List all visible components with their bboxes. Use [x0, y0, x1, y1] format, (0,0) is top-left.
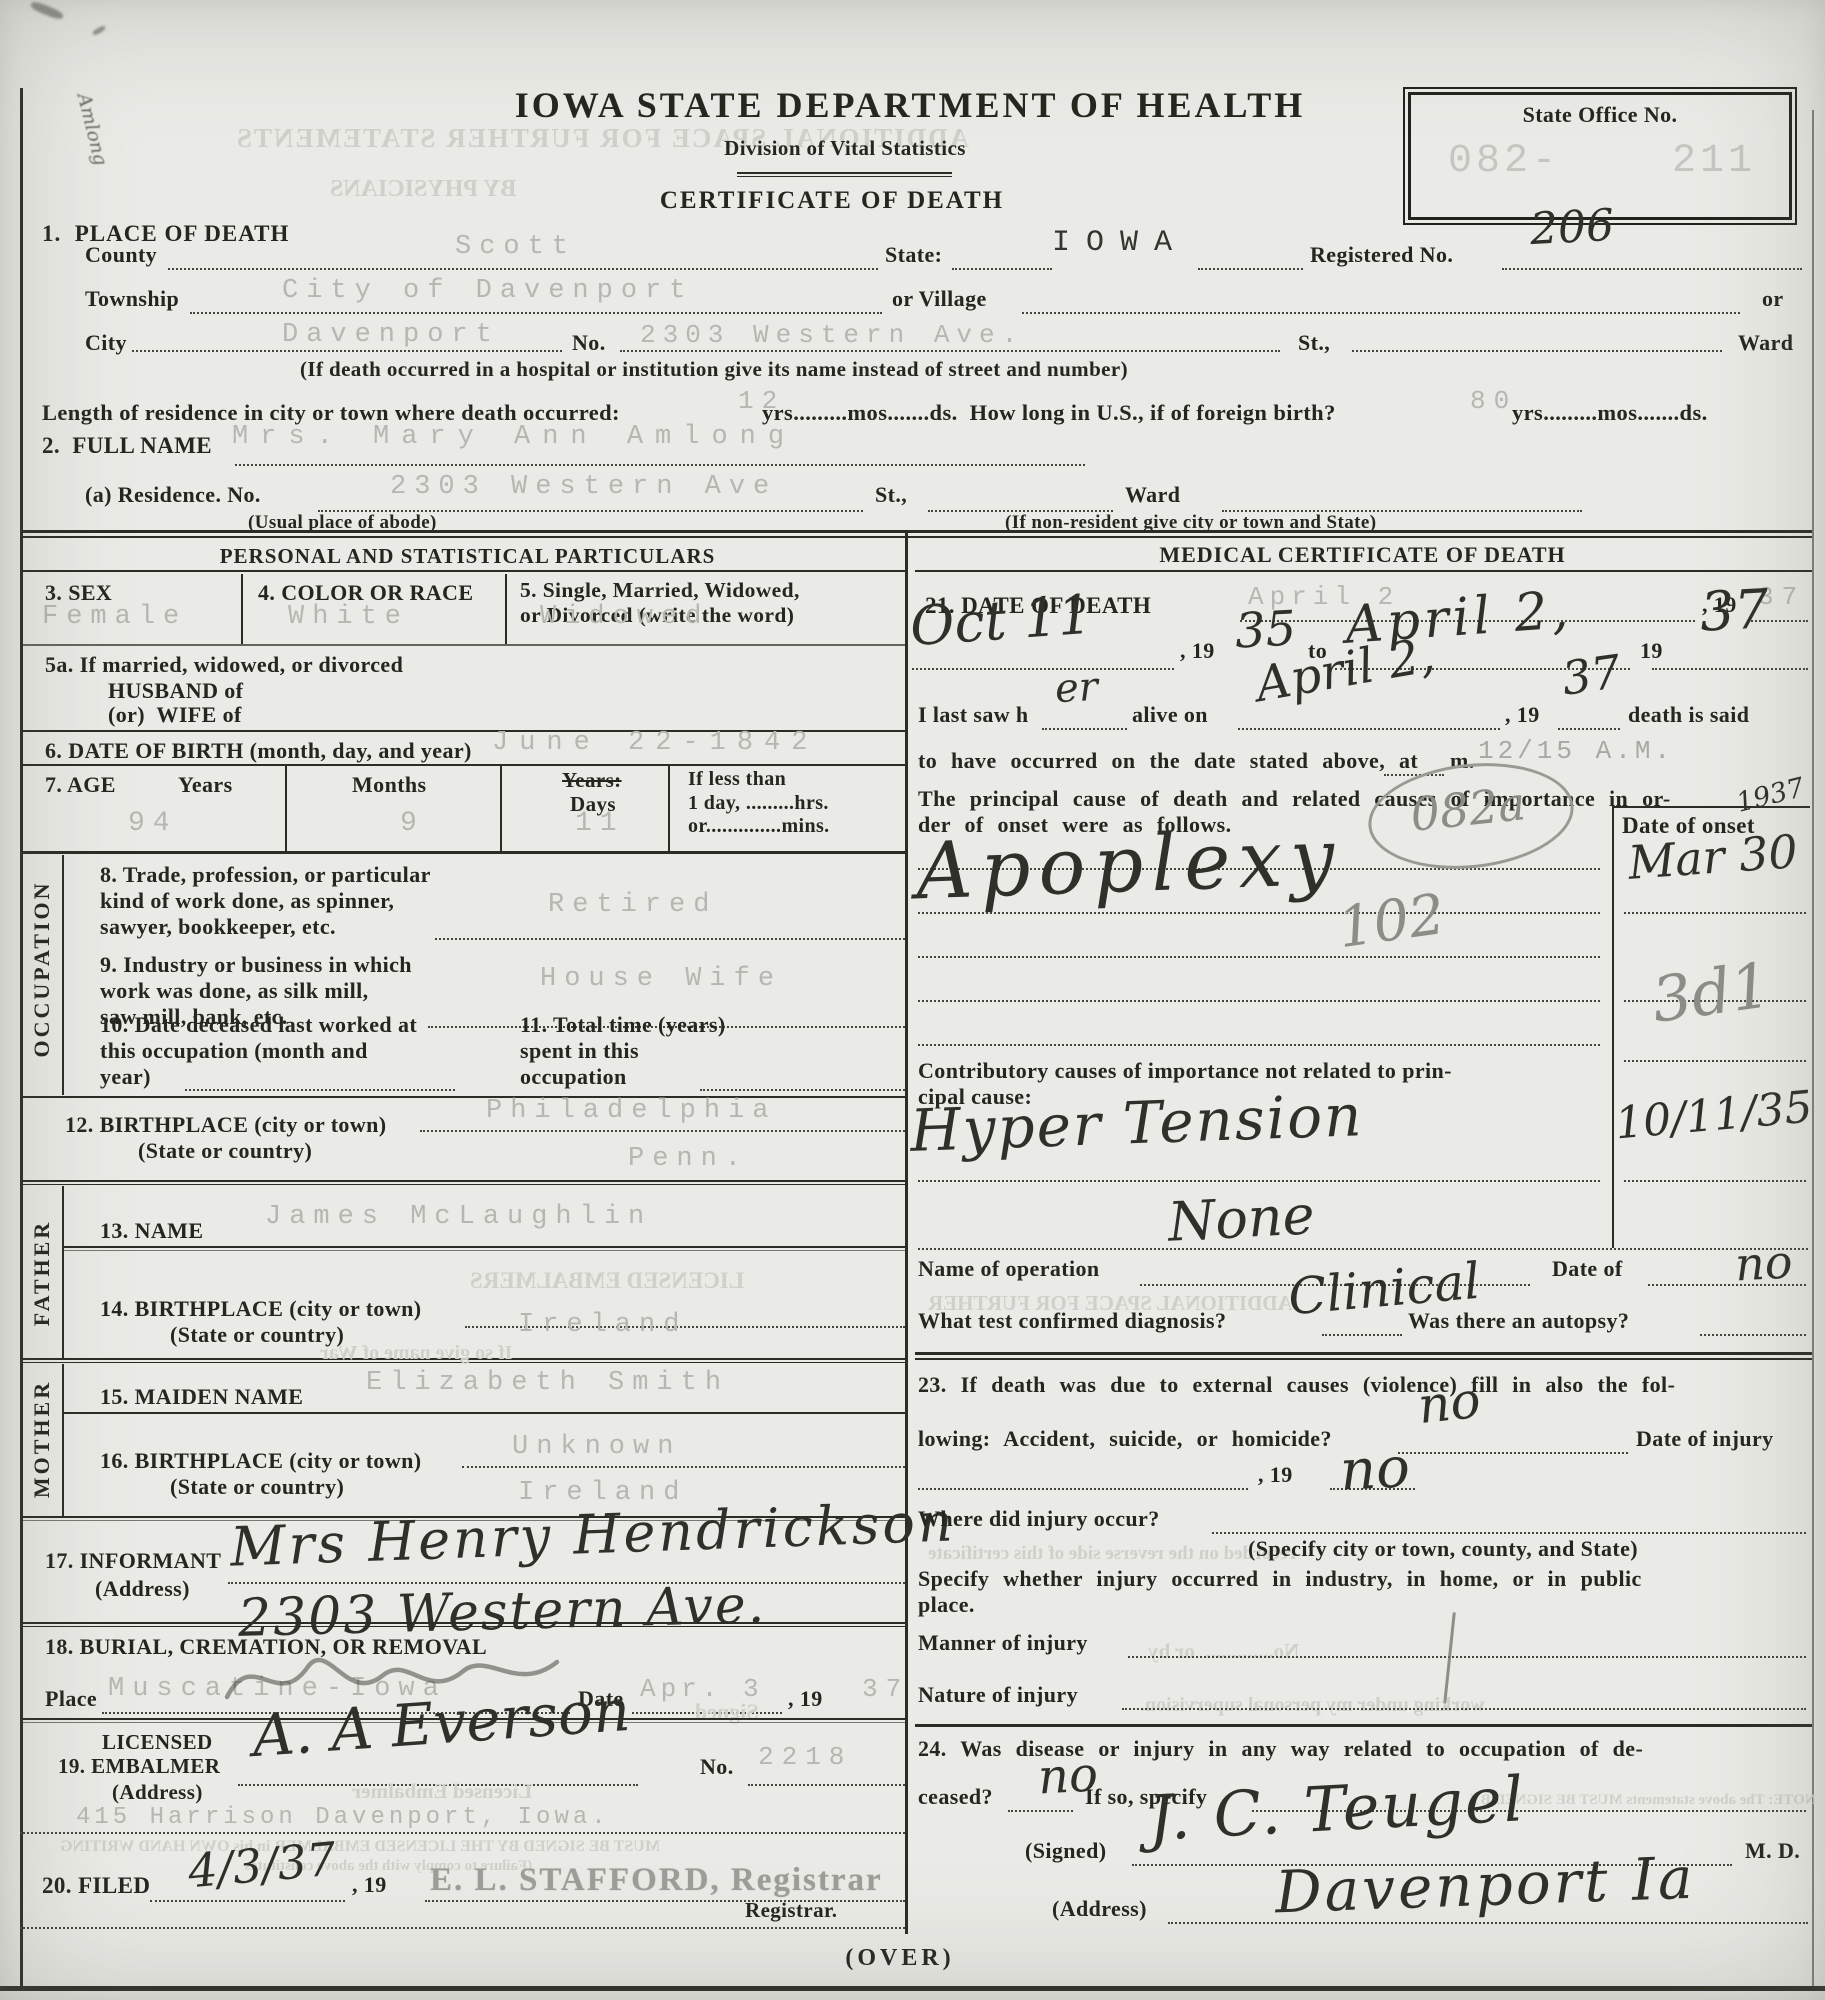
dotted-line — [1212, 1532, 1806, 1534]
age-months-header: Months — [352, 772, 427, 798]
dotted-line — [912, 668, 1174, 670]
place-of-death-section-label: 1. PLACE OF DEATH — [42, 220, 289, 247]
dotted-line — [918, 1000, 1600, 1002]
side-divider — [62, 1186, 64, 1360]
manner-of-injury-label: Manner of injury — [918, 1630, 1088, 1656]
where-injury-label: Where did injury occur? — [918, 1506, 1160, 1532]
race-value: White — [288, 604, 409, 631]
dob-label: 6. DATE OF BIRTH (month, day, and year) — [45, 738, 472, 764]
mother-birthplace-city-value: Unknown — [512, 1434, 681, 1461]
md-label: M. D. — [1745, 1838, 1800, 1864]
industry-value: House Wife — [540, 966, 782, 993]
cell-divider — [285, 764, 287, 851]
dotted-line — [918, 1180, 1600, 1182]
birthplace-state-value: Penn. — [628, 1146, 749, 1173]
street-no-label: No. — [572, 330, 606, 356]
dotted-line — [1008, 1810, 1073, 1812]
registrar-label: Registrar. — [745, 1898, 837, 1923]
operation-handwriting: None — [1167, 1188, 1316, 1250]
q10-label: 10. Date deceased last worked at this oc… — [100, 1012, 417, 1090]
signed-label: (Signed) — [1025, 1838, 1106, 1864]
divider — [20, 570, 905, 572]
ward-label: Ward — [1125, 482, 1180, 508]
embalmer-no-value: 2218 — [758, 1744, 852, 1770]
date-of-injury-label: Date of injury — [1636, 1426, 1774, 1452]
contributory-cause-handwriting: Hyper Tension — [909, 1086, 1364, 1160]
cell-divider — [500, 764, 502, 851]
onset-box-divider — [1612, 806, 1614, 1248]
divider — [915, 1358, 1812, 1360]
age-struck-header: Years: — [562, 768, 622, 793]
dotted-line — [1122, 1708, 1806, 1710]
dotted-line — [132, 350, 562, 352]
residence-value: 2303 Western Ave — [390, 474, 777, 501]
divider — [915, 570, 1812, 572]
medical-section-header: MEDICAL CERTIFICATE OF DEATH — [915, 542, 1810, 568]
ward-label: Ward — [1738, 330, 1793, 356]
last-saw-label: I last saw h — [918, 702, 1029, 728]
marital-value: Widowed — [540, 604, 709, 631]
mother-side-label: MOTHER — [29, 1351, 55, 1527]
dotted-line — [952, 268, 1052, 270]
dotted-line — [918, 1248, 1808, 1250]
comma-19-label: , 19 — [352, 1872, 387, 1898]
page-subtitle: Division of Vital Statistics — [595, 136, 1095, 161]
mother-maiden-name-value: Elizabeth Smith — [366, 1370, 729, 1397]
death-is-said-label: death is said — [1628, 702, 1749, 728]
dotted-line — [1624, 912, 1806, 914]
divider — [915, 1724, 1812, 1727]
q14-label: 14. BIRTHPLACE (city or town) — [100, 1296, 421, 1322]
divider — [20, 764, 905, 766]
q15-label: 15. MAIDEN NAME — [100, 1384, 303, 1410]
side-divider — [62, 855, 64, 1095]
dotted-line — [1322, 1334, 1402, 1336]
operation-label: Name of operation — [918, 1256, 1100, 1282]
column-divider — [905, 530, 908, 1934]
state-office-label: State Office No. — [1450, 102, 1750, 128]
divider — [20, 851, 905, 854]
occurred-label: to have occurred on the date stated abov… — [918, 748, 1418, 774]
dotted-line — [1624, 1180, 1806, 1182]
attended-from-handwriting: Oct 11 — [908, 588, 1093, 655]
state-office-number: 082- 211 — [1448, 142, 1756, 182]
sideways-name-stamp: Amlong — [74, 91, 110, 167]
cause-of-death-handwriting: Apoplexy — [915, 819, 1344, 912]
full-name-value: Mrs. Mary Ann Amlong — [232, 424, 796, 451]
dotted-line — [185, 1089, 455, 1091]
printed-19: , 19 — [1180, 638, 1215, 664]
q17-sub-label: (Address) — [95, 1576, 190, 1602]
registered-no-value: 206 — [1529, 204, 1615, 252]
q24-line1-label: 24. Was disease or injury in any way rel… — [918, 1736, 1643, 1762]
dotted-line — [235, 464, 1085, 466]
sex-value: Female — [42, 604, 187, 631]
divider — [737, 176, 952, 177]
bottom-border-line — [0, 1986, 1825, 1991]
age-months-value: 9 — [400, 810, 425, 838]
autopsy-label: Was there an autopsy? — [1408, 1308, 1629, 1334]
personal-section-header: PERSONAL AND STATISTICAL PARTICULARS — [30, 544, 905, 569]
q12-label: 12. BIRTHPLACE (city or town) — [65, 1112, 386, 1138]
registered-no-label: Registered No. — [1310, 242, 1453, 268]
q23-line2-label: lowing: Accident, suicide, or homicide? — [918, 1426, 1332, 1452]
q11-label: 11. Total time (years) spent in this occ… — [520, 1012, 726, 1090]
age-label: 7. AGE — [45, 772, 116, 798]
q17-label: 17. INFORMANT — [45, 1548, 221, 1574]
physician-address-handwriting: Davenport Ia — [1274, 1849, 1696, 1922]
date-of-label: Date of — [1552, 1256, 1623, 1282]
registrar-stamp: E. L. STAFFORD, Registrar — [430, 1862, 883, 1899]
cell-divider — [241, 574, 243, 644]
full-name-label: 2. FULL NAME — [42, 432, 212, 459]
embalmer-no-label: No. — [700, 1754, 734, 1780]
printed-19: 19 — [1640, 638, 1663, 664]
dotted-line — [168, 268, 878, 270]
residence-end-label: yrs.........mos.......ds. — [1512, 400, 1708, 427]
residence-mid-label: yrs.........mos.......ds. How long in U.… — [762, 400, 1336, 427]
divider — [20, 1180, 905, 1182]
section-divider — [20, 536, 1812, 538]
burial-place-label: Place — [45, 1686, 97, 1712]
bleedthrough-text: working under my personal supervision. — [1140, 1694, 1485, 1716]
attended-from-year-handwriting: 35 — [1234, 604, 1298, 655]
contributory-onset-handwriting: 10/11/35 — [1613, 1085, 1814, 1146]
divider — [62, 1412, 905, 1414]
q19-licensed-label: LICENSED — [102, 1730, 213, 1755]
or-village-label: or Village — [892, 286, 987, 312]
street-value: 2303 Western Ave. — [640, 322, 1024, 348]
dotted-line — [918, 956, 1600, 958]
dotted-line — [1128, 1656, 1806, 1658]
filed-date-handwriting: 4/3/37 — [186, 1836, 338, 1895]
divider — [62, 1250, 905, 1251]
attended-to-year-handwriting: 37 — [1699, 582, 1770, 640]
injury-no-handwriting: no — [1339, 1440, 1412, 1500]
wife-of-label: (or) WIFE of — [108, 702, 242, 728]
burial-year-value: 37 — [862, 1676, 909, 1702]
q5a-label: 5a. If married, widowed, or divorced — [45, 652, 403, 678]
q12-sub-label: (State or country) — [138, 1138, 312, 1164]
right-border-line — [1812, 110, 1814, 1988]
onset-date-handwriting: Mar 30 — [1627, 828, 1799, 886]
father-side-label: FATHER — [29, 1185, 55, 1361]
divider — [20, 1184, 905, 1185]
printed-19: , 19 — [1258, 1462, 1293, 1488]
city-label: City — [85, 330, 127, 356]
dotted-line — [1198, 268, 1303, 270]
embalmer-address-value: 415 Harrison Davenport, Iowa. — [76, 1806, 610, 1830]
hospital-note: (If death occurred in a hospital or inst… — [300, 357, 1128, 382]
document-title: CERTIFICATE OF DEATH — [582, 186, 1082, 216]
page-title: IOWA STATE DEPARTMENT OF HEALTH — [400, 84, 1420, 126]
dotted-line — [420, 1130, 905, 1132]
divider — [20, 1626, 905, 1627]
age-days-value: 11 — [575, 810, 625, 838]
over-label: (OVER) — [700, 1944, 1100, 1972]
section-divider — [20, 530, 1812, 533]
father-name-value: James McLaughlin — [265, 1204, 652, 1231]
dotted-line — [1624, 1060, 1806, 1062]
death-certificate-scan: Amlong ADDITIONAL SPACE FOR FURTHER STAT… — [0, 0, 1825, 2000]
q19-embalmer-label: 19. EMBALMER — [58, 1754, 220, 1779]
dotted-line — [462, 1466, 905, 1468]
alive-on-label: alive on — [1132, 702, 1208, 728]
nature-of-injury-label: Nature of injury — [918, 1682, 1078, 1708]
bleedthrough-text: If so give name of War — [320, 1342, 512, 1364]
where-injury-sub-label: (Specify city or town, county, and State… — [1248, 1536, 1638, 1562]
left-border-line — [20, 88, 23, 1988]
cell-divider — [505, 574, 507, 644]
test-label: What test confirmed diagnosis? — [918, 1308, 1226, 1334]
st-label: St., — [875, 482, 907, 508]
pencil-stroke — [1443, 1612, 1456, 1704]
trade-value: Retired — [548, 892, 717, 919]
dotted-line — [435, 938, 905, 940]
comma-19-label: , 19 — [788, 1686, 823, 1712]
age-years-header: Years — [178, 772, 233, 798]
county-value: Scott — [455, 234, 576, 261]
dotted-line — [1398, 1452, 1628, 1454]
husband-of-label: HUSBAND of — [108, 678, 243, 704]
bleedthrough-text: Licensed Embalmer — [352, 1780, 532, 1803]
birthplace-city-value: Philadelphia — [486, 1098, 776, 1125]
specify-injury-label: Specify whether injury occurred in indus… — [918, 1566, 1642, 1618]
q14-sub-label: (State or country) — [170, 1322, 344, 1348]
q24-line2-label: ceased? — [918, 1784, 993, 1810]
scan-smudge — [30, 0, 65, 21]
foreign-birth-years-value: 80 — [1470, 388, 1517, 414]
city-value: Davenport — [282, 322, 500, 349]
divider — [915, 1352, 1812, 1355]
address-label: (Address) — [1052, 1896, 1147, 1922]
st-label: St., — [1298, 330, 1330, 356]
occupation-side-label: OCCUPATION — [29, 859, 55, 1079]
q20-label: 20. FILED — [42, 1872, 150, 1899]
divider — [20, 644, 905, 646]
last-saw-year-handwriting: 37 — [1559, 648, 1623, 702]
dotted-line — [20, 1927, 905, 1929]
side-divider — [62, 1364, 64, 1518]
dotted-line — [190, 312, 882, 314]
dotted-line — [1652, 668, 1808, 670]
cell-divider — [668, 764, 670, 851]
q8-label: 8. Trade, profession, or particular kind… — [100, 862, 431, 940]
q13-label: 13. NAME — [100, 1218, 203, 1244]
bleedthrough-text: BY PHYSICIANS — [330, 176, 516, 202]
dotted-line — [1042, 728, 1127, 730]
dob-value: June 22-1842 — [492, 730, 818, 757]
dotted-line — [20, 1832, 905, 1834]
bleedthrough-text: LICENSED EMBALMERS — [470, 1268, 744, 1293]
dotted-line — [918, 1044, 1600, 1046]
state-label: State: — [885, 242, 942, 268]
divider — [20, 1622, 905, 1624]
township-label: Township — [85, 286, 179, 312]
her-handwriting: er — [1054, 667, 1099, 709]
q16-sub-label: (State or country) — [170, 1474, 344, 1500]
residence-no-label: (a) Residence. No. — [85, 482, 261, 508]
death-time-typed: 12/15 A.M. — [1478, 738, 1674, 764]
q23-line1-label: 23. If death was due to external causes … — [918, 1372, 1675, 1398]
q19-sub-label: (Address) — [112, 1780, 203, 1805]
dotted-line — [620, 350, 1280, 352]
pencil-code-102: 102 — [1335, 887, 1449, 957]
dotted-line — [1168, 1922, 1808, 1924]
q16-label: 16. BIRTHPLACE (city or town) — [100, 1448, 421, 1474]
dotted-line — [1238, 728, 1500, 730]
bleedthrough-text: recorded on the reverse side of this cer… — [928, 1544, 1296, 1565]
dotted-line — [150, 1900, 345, 1902]
dotted-line — [1502, 268, 1802, 270]
state-value: IOWA — [1052, 228, 1188, 258]
or-label: or — [1762, 286, 1784, 312]
divider — [737, 172, 952, 174]
bleedthrough-text: No............. or by — [1148, 1640, 1299, 1663]
dotted-line — [918, 1488, 1248, 1490]
printed-19: , 19 — [1505, 702, 1540, 728]
physician-signature: J. C. Teugel — [1147, 1768, 1527, 1850]
dotted-line — [748, 1784, 905, 1786]
county-label: County — [85, 242, 157, 268]
scan-smudge — [92, 25, 107, 36]
bleedthrough-text: Signed — [695, 1700, 759, 1724]
age-years-value: 94 — [128, 810, 178, 838]
dotted-line — [1022, 312, 1740, 314]
father-birthplace-value: Ireland — [518, 1312, 687, 1339]
violence-no-handwriting: no — [1416, 1375, 1483, 1431]
onset-year-handwriting: 1937 — [1734, 774, 1807, 817]
onset-pencil-note: 3d1 — [1648, 954, 1774, 1032]
if-less-than-label: If less than 1 day, .........hrs. or....… — [688, 768, 830, 839]
dotted-line — [1700, 1334, 1806, 1336]
dotted-line — [1558, 728, 1620, 730]
informant-name-handwriting: Mrs Henry Hendrickson — [229, 1495, 956, 1574]
township-value: City of Davenport — [282, 278, 693, 305]
bleedthrough-text: MUST BE SIGNED BY THE LICENSED EMBALMER … — [60, 1838, 660, 1856]
dotted-line — [1352, 350, 1722, 352]
dotted-line — [700, 1089, 905, 1091]
divider — [62, 1246, 905, 1248]
autopsy-handwriting: no — [1734, 1239, 1794, 1288]
